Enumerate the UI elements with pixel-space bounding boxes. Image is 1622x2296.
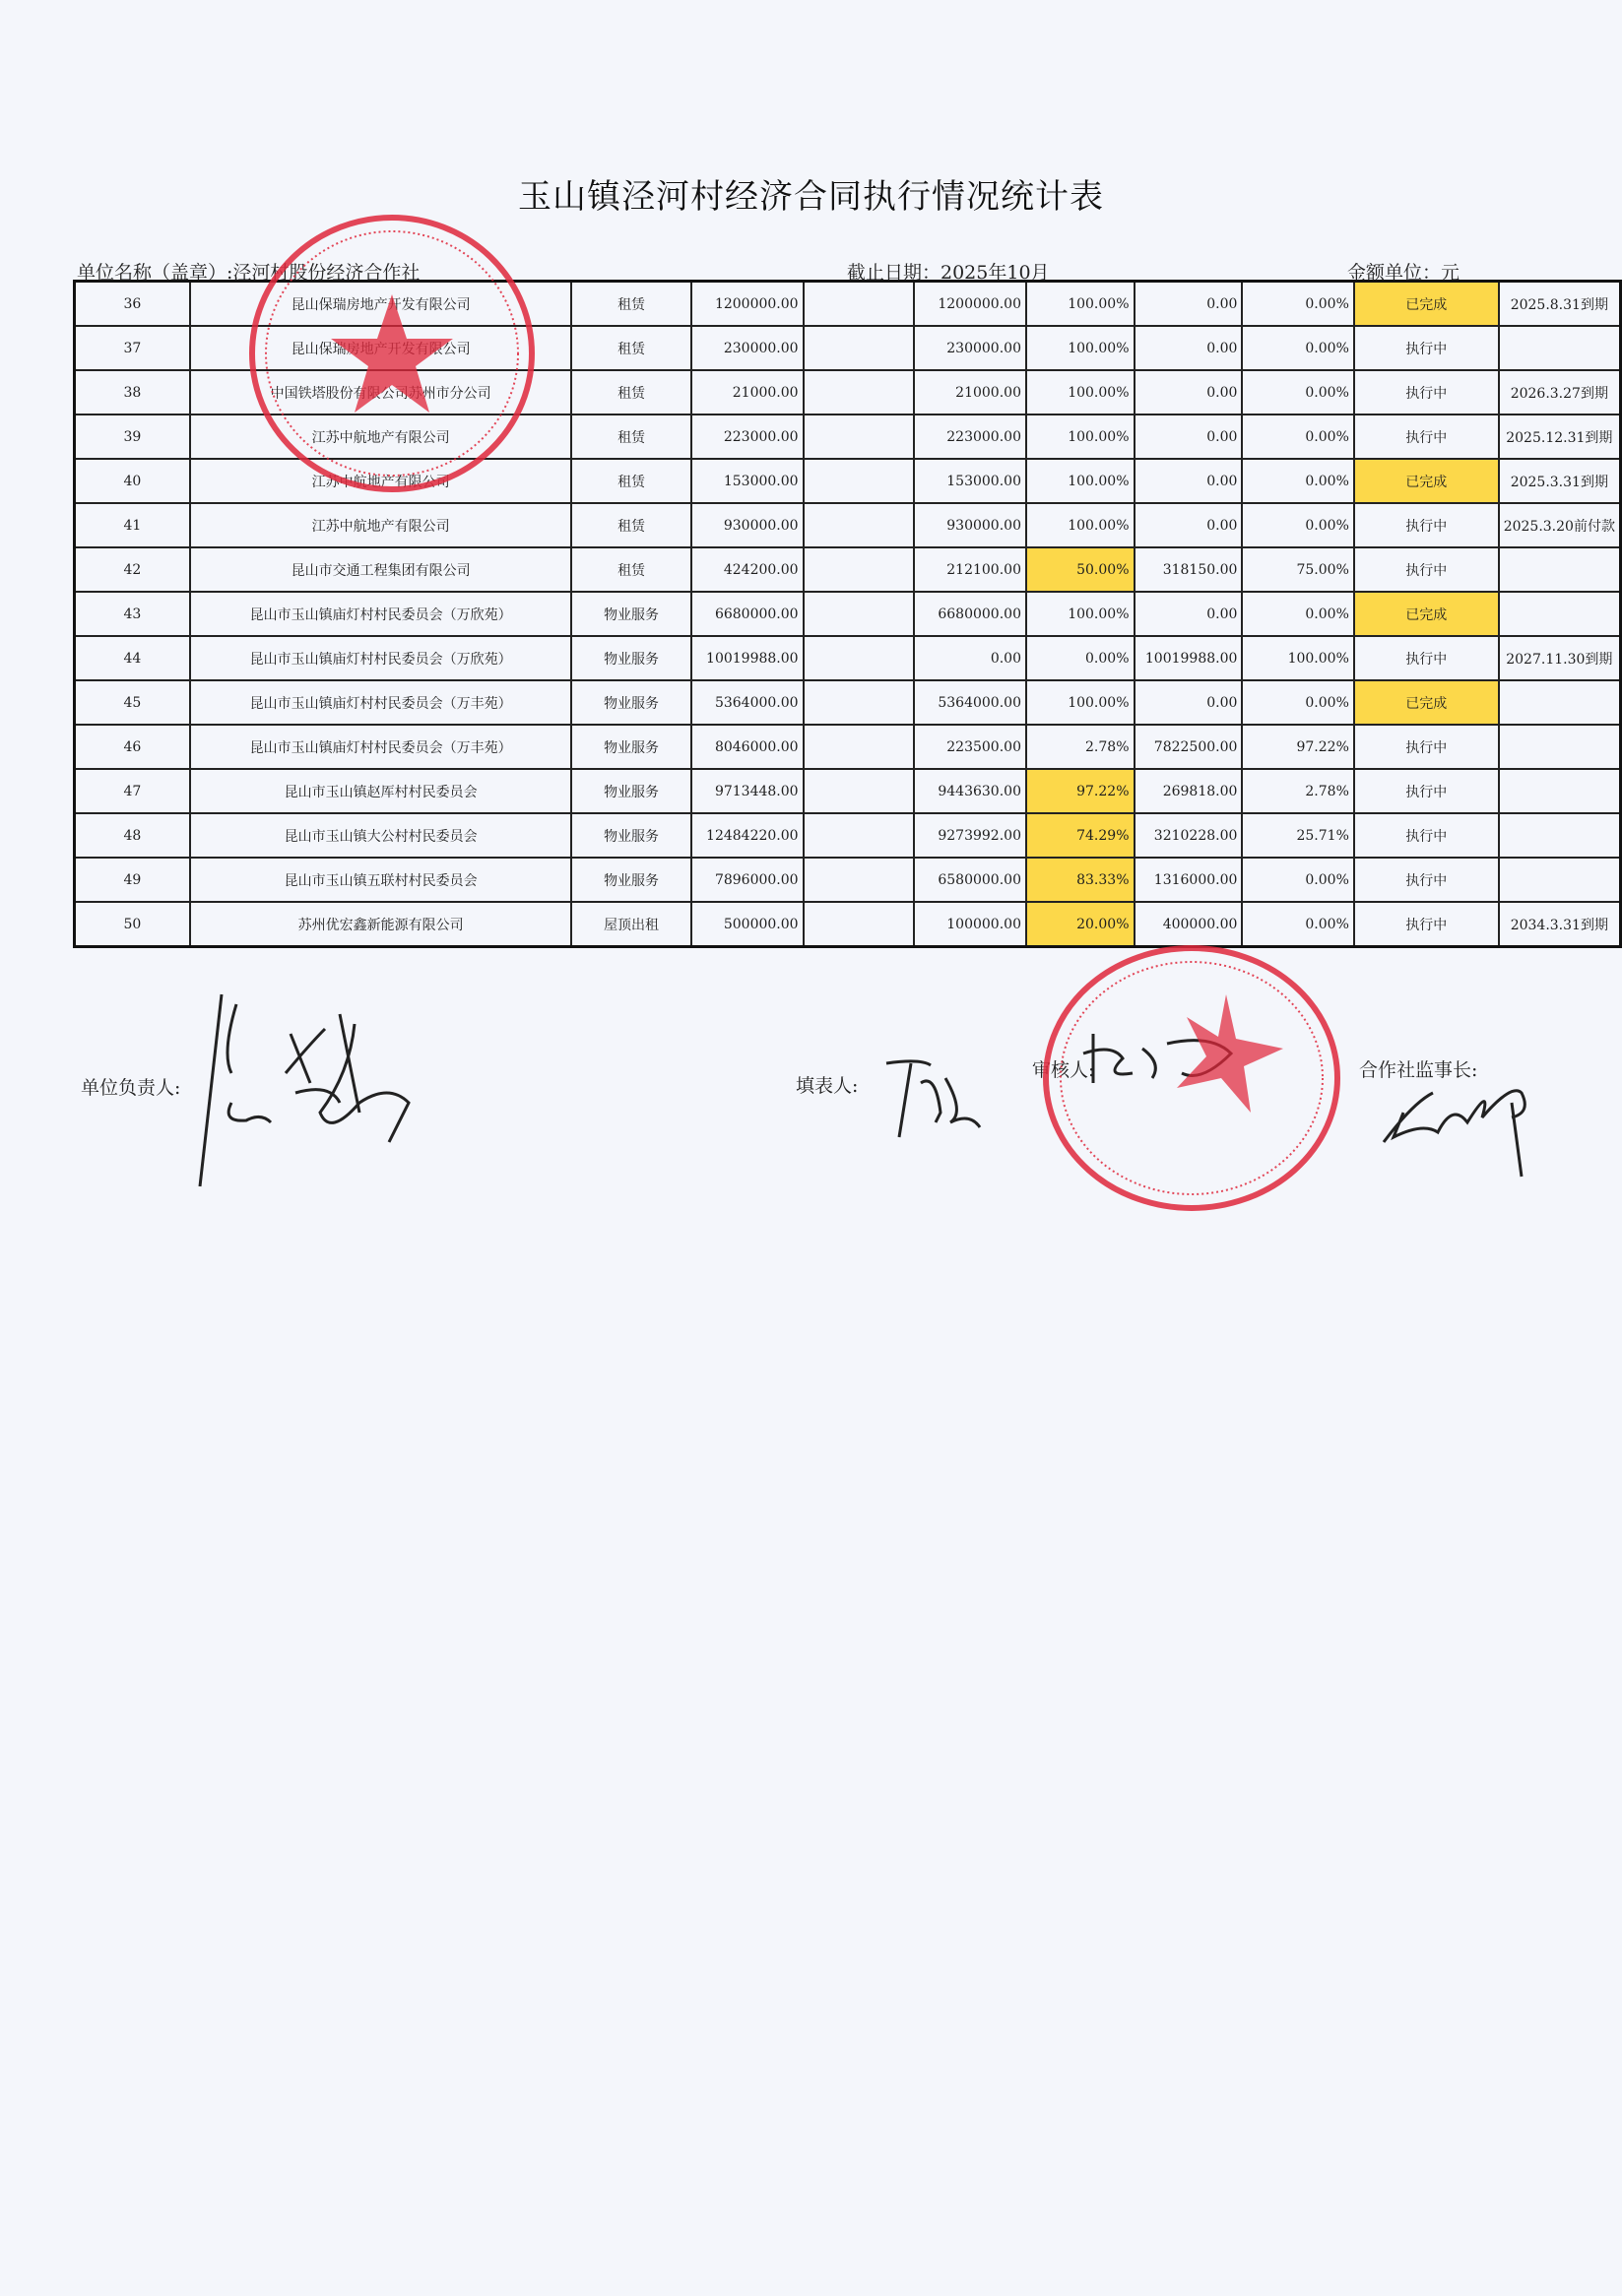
cell-party: 昆山市交通工程集团有限公司	[190, 547, 572, 592]
cell-no: 40	[75, 459, 190, 503]
cell-type: 租赁	[571, 326, 690, 370]
cell-received: 212100.00	[914, 547, 1026, 592]
cell-party: 昆山市玉山镇大公村村民委员会	[190, 813, 572, 858]
cell-no: 44	[75, 636, 190, 680]
cell-note	[1499, 725, 1621, 769]
cell-status: 执行中	[1354, 902, 1499, 947]
cell-party: 江苏中航地产有限公司	[190, 503, 572, 547]
cell-status: 执行中	[1354, 370, 1499, 415]
cell-received: 223500.00	[914, 725, 1026, 769]
cell-amount: 8046000.00	[691, 725, 804, 769]
cell-type: 物业服务	[571, 725, 690, 769]
cell-remaining: 0.00	[1135, 326, 1243, 370]
cell-no: 41	[75, 503, 190, 547]
cell-status: 执行中	[1354, 813, 1499, 858]
table-row: 46昆山市玉山镇庙灯村村民委员会（万丰苑）物业服务8046000.0022350…	[75, 725, 1621, 769]
cell-no: 36	[75, 282, 190, 327]
cell-remaining-pct: 0.00%	[1242, 326, 1353, 370]
cell-status: 执行中	[1354, 503, 1499, 547]
cell-party: 昆山市玉山镇庙灯村村民委员会（万丰苑）	[190, 725, 572, 769]
cell-remaining-pct: 0.00%	[1242, 902, 1353, 947]
cell-no: 38	[75, 370, 190, 415]
cell-received-pct: 100.00%	[1026, 592, 1135, 636]
cell-remaining-pct: 0.00%	[1242, 680, 1353, 725]
cell-received-pct: 0.00%	[1026, 636, 1135, 680]
cell-remaining: 1316000.00	[1135, 858, 1243, 902]
cell-party: 昆山市玉山镇庙灯村村民委员会（万丰苑）	[190, 680, 572, 725]
cell-note: 2026.3.27到期	[1499, 370, 1621, 415]
reviewer-signature-label: 审核人:	[1032, 1055, 1094, 1082]
cell-received-pct: 100.00%	[1026, 415, 1135, 459]
cell-amount: 500000.00	[691, 902, 804, 947]
cell-amount: 9713448.00	[691, 769, 804, 813]
cell-remaining: 0.00	[1135, 370, 1243, 415]
cell-no: 42	[75, 547, 190, 592]
table-row: 40江苏中航地产有限公司租赁153000.00153000.00100.00%0…	[75, 459, 1621, 503]
cell-received-pct: 2.78%	[1026, 725, 1135, 769]
cell-type: 物业服务	[571, 680, 690, 725]
cell-received: 0.00	[914, 636, 1026, 680]
cell-amount: 930000.00	[691, 503, 804, 547]
cell-note	[1499, 858, 1621, 902]
cell-received-pct: 50.00%	[1026, 547, 1135, 592]
cell-note	[1499, 769, 1621, 813]
cell-received: 223000.00	[914, 415, 1026, 459]
table-row: 37昆山保瑞房地产开发有限公司租赁230000.00230000.00100.0…	[75, 326, 1621, 370]
cell-type: 物业服务	[571, 636, 690, 680]
cell-received-pct: 100.00%	[1026, 282, 1135, 327]
cell-remaining-pct: 97.22%	[1242, 725, 1353, 769]
cell-received-pct: 100.00%	[1026, 326, 1135, 370]
cell-note	[1499, 547, 1621, 592]
cell-type: 物业服务	[571, 592, 690, 636]
cell-remaining-pct: 25.71%	[1242, 813, 1353, 858]
cell-note	[1499, 813, 1621, 858]
cell-status: 执行中	[1354, 725, 1499, 769]
cell-blank	[804, 503, 915, 547]
cell-party: 昆山保瑞房地产开发有限公司	[190, 326, 572, 370]
cell-type: 租赁	[571, 547, 690, 592]
cell-note: 2034.3.31到期	[1499, 902, 1621, 947]
cell-note: 2025.12.31到期	[1499, 415, 1621, 459]
cell-received: 5364000.00	[914, 680, 1026, 725]
cell-amount: 6680000.00	[691, 592, 804, 636]
cell-no: 43	[75, 592, 190, 636]
cell-no: 37	[75, 326, 190, 370]
cell-received-pct: 97.22%	[1026, 769, 1135, 813]
cell-status: 执行中	[1354, 547, 1499, 592]
cell-type: 物业服务	[571, 813, 690, 858]
cell-blank	[804, 902, 915, 947]
cell-blank	[804, 282, 915, 327]
cell-type: 租赁	[571, 503, 690, 547]
cell-no: 39	[75, 415, 190, 459]
cell-remaining-pct: 75.00%	[1242, 547, 1353, 592]
cell-blank	[804, 547, 915, 592]
cell-no: 45	[75, 680, 190, 725]
cell-received: 9273992.00	[914, 813, 1026, 858]
cell-no: 49	[75, 858, 190, 902]
cell-remaining: 269818.00	[1135, 769, 1243, 813]
cell-received: 6680000.00	[914, 592, 1026, 636]
cell-received-pct: 74.29%	[1026, 813, 1135, 858]
cell-amount: 223000.00	[691, 415, 804, 459]
cell-received-pct: 100.00%	[1026, 680, 1135, 725]
table-row: 44昆山市玉山镇庙灯村村民委员会（万欣苑）物业服务10019988.000.00…	[75, 636, 1621, 680]
cell-type: 租赁	[571, 415, 690, 459]
cell-remaining: 0.00	[1135, 459, 1243, 503]
cell-note	[1499, 592, 1621, 636]
cell-received-pct: 100.00%	[1026, 370, 1135, 415]
cell-received: 21000.00	[914, 370, 1026, 415]
cell-blank	[804, 415, 915, 459]
cell-blank	[804, 592, 915, 636]
table-row: 49昆山市玉山镇五联村村民委员会物业服务7896000.006580000.00…	[75, 858, 1621, 902]
cell-remaining: 318150.00	[1135, 547, 1243, 592]
table-row: 50苏州优宏鑫新能源有限公司屋顶出租500000.00100000.0020.0…	[75, 902, 1621, 947]
cell-status: 已完成	[1354, 459, 1499, 503]
cell-remaining: 400000.00	[1135, 902, 1243, 947]
cell-remaining: 0.00	[1135, 592, 1243, 636]
cell-type: 租赁	[571, 282, 690, 327]
cell-no: 50	[75, 902, 190, 947]
cell-note: 2025.3.20前付款	[1499, 503, 1621, 547]
cell-received: 230000.00	[914, 326, 1026, 370]
cell-no: 46	[75, 725, 190, 769]
cell-blank	[804, 858, 915, 902]
contract-table: 36昆山保瑞房地产开发有限公司租赁1200000.001200000.00100…	[73, 280, 1622, 948]
cell-type: 屋顶出租	[571, 902, 690, 947]
cell-blank	[804, 813, 915, 858]
cell-remaining: 0.00	[1135, 503, 1243, 547]
cell-status: 执行中	[1354, 415, 1499, 459]
filler-signature-icon	[881, 1053, 990, 1142]
cell-no: 48	[75, 813, 190, 858]
cell-status: 执行中	[1354, 636, 1499, 680]
cell-remaining: 3210228.00	[1135, 813, 1243, 858]
cell-remaining-pct: 0.00%	[1242, 503, 1353, 547]
cell-blank	[804, 725, 915, 769]
cell-received-pct: 20.00%	[1026, 902, 1135, 947]
table-row: 36昆山保瑞房地产开发有限公司租赁1200000.001200000.00100…	[75, 282, 1621, 327]
cell-received-pct: 100.00%	[1026, 459, 1135, 503]
cell-received: 100000.00	[914, 902, 1026, 947]
cell-amount: 5364000.00	[691, 680, 804, 725]
cell-status: 已完成	[1354, 680, 1499, 725]
cell-note: 2025.3.31到期	[1499, 459, 1621, 503]
cell-amount: 1200000.00	[691, 282, 804, 327]
cell-party: 中国铁塔股份有限公司苏州市分公司	[190, 370, 572, 415]
cell-remaining: 0.00	[1135, 680, 1243, 725]
cell-amount: 7896000.00	[691, 858, 804, 902]
cell-note	[1499, 680, 1621, 725]
cell-received: 6580000.00	[914, 858, 1026, 902]
cell-received: 1200000.00	[914, 282, 1026, 327]
cell-remaining-pct: 0.00%	[1242, 282, 1353, 327]
cell-note	[1499, 326, 1621, 370]
cell-type: 租赁	[571, 459, 690, 503]
cell-party: 江苏中航地产有限公司	[190, 459, 572, 503]
table-row: 38中国铁塔股份有限公司苏州市分公司租赁21000.0021000.00100.…	[75, 370, 1621, 415]
cell-received-pct: 100.00%	[1026, 503, 1135, 547]
cell-received-pct: 83.33%	[1026, 858, 1135, 902]
cell-blank	[804, 370, 915, 415]
cell-remaining: 7822500.00	[1135, 725, 1243, 769]
cell-note: 2027.11.30到期	[1499, 636, 1621, 680]
cell-status: 执行中	[1354, 769, 1499, 813]
cell-no: 47	[75, 769, 190, 813]
cell-amount: 230000.00	[691, 326, 804, 370]
cell-blank	[804, 636, 915, 680]
table-row: 41江苏中航地产有限公司租赁930000.00930000.00100.00%0…	[75, 503, 1621, 547]
cell-amount: 153000.00	[691, 459, 804, 503]
cell-party: 江苏中航地产有限公司	[190, 415, 572, 459]
cell-party: 昆山保瑞房地产开发有限公司	[190, 282, 572, 327]
cell-type: 租赁	[571, 370, 690, 415]
table-row: 48昆山市玉山镇大公村村民委员会物业服务12484220.009273992.0…	[75, 813, 1621, 858]
cell-blank	[804, 459, 915, 503]
cell-remaining: 0.00	[1135, 282, 1243, 327]
cell-status: 已完成	[1354, 282, 1499, 327]
cell-amount: 10019988.00	[691, 636, 804, 680]
cell-status: 执行中	[1354, 858, 1499, 902]
cell-received: 9443630.00	[914, 769, 1026, 813]
cell-received: 930000.00	[914, 503, 1026, 547]
cell-party: 昆山市玉山镇赵厍村村民委员会	[190, 769, 572, 813]
cell-remaining-pct: 0.00%	[1242, 459, 1353, 503]
cell-amount: 424200.00	[691, 547, 804, 592]
cell-remaining: 0.00	[1135, 415, 1243, 459]
cell-amount: 12484220.00	[691, 813, 804, 858]
cell-received: 153000.00	[914, 459, 1026, 503]
table-row: 42昆山市交通工程集团有限公司租赁424200.00212100.0050.00…	[75, 547, 1621, 592]
cell-remaining-pct: 100.00%	[1242, 636, 1353, 680]
cell-note: 2025.8.31到期	[1499, 282, 1621, 327]
table-row: 45昆山市玉山镇庙灯村村民委员会（万丰苑）物业服务5364000.0053640…	[75, 680, 1621, 725]
supervisor-signature-label: 合作社监事长:	[1359, 1055, 1477, 1082]
cell-party: 昆山市玉山镇庙灯村村民委员会（万欣苑）	[190, 636, 572, 680]
cell-remaining-pct: 2.78%	[1242, 769, 1353, 813]
leader-signature-label: 单位负责人:	[81, 1073, 180, 1100]
reviewer-signature-icon	[1073, 1024, 1241, 1103]
cell-type: 物业服务	[571, 769, 690, 813]
cell-party: 昆山市玉山镇庙灯村村民委员会（万欣苑）	[190, 592, 572, 636]
page-title: 玉山镇泾河村经济合同执行情况统计表	[0, 169, 1622, 218]
cell-remaining-pct: 0.00%	[1242, 592, 1353, 636]
leader-signature-icon	[192, 975, 448, 1191]
cell-remaining-pct: 0.00%	[1242, 415, 1353, 459]
cell-party: 昆山市玉山镇五联村村民委员会	[190, 858, 572, 902]
cell-type: 物业服务	[571, 858, 690, 902]
cell-remaining: 10019988.00	[1135, 636, 1243, 680]
cell-amount: 21000.00	[691, 370, 804, 415]
cell-status: 执行中	[1354, 326, 1499, 370]
cell-blank	[804, 680, 915, 725]
cell-blank	[804, 769, 915, 813]
cell-remaining-pct: 0.00%	[1242, 858, 1353, 902]
table-row: 47昆山市玉山镇赵厍村村民委员会物业服务9713448.009443630.00…	[75, 769, 1621, 813]
cell-blank	[804, 326, 915, 370]
cell-remaining-pct: 0.00%	[1242, 370, 1353, 415]
table-row: 43昆山市玉山镇庙灯村村民委员会（万欣苑）物业服务6680000.0066800…	[75, 592, 1621, 636]
filler-signature-label: 填表人:	[796, 1071, 858, 1098]
cell-status: 已完成	[1354, 592, 1499, 636]
cell-party: 苏州优宏鑫新能源有限公司	[190, 902, 572, 947]
table-row: 39江苏中航地产有限公司租赁223000.00223000.00100.00%0…	[75, 415, 1621, 459]
